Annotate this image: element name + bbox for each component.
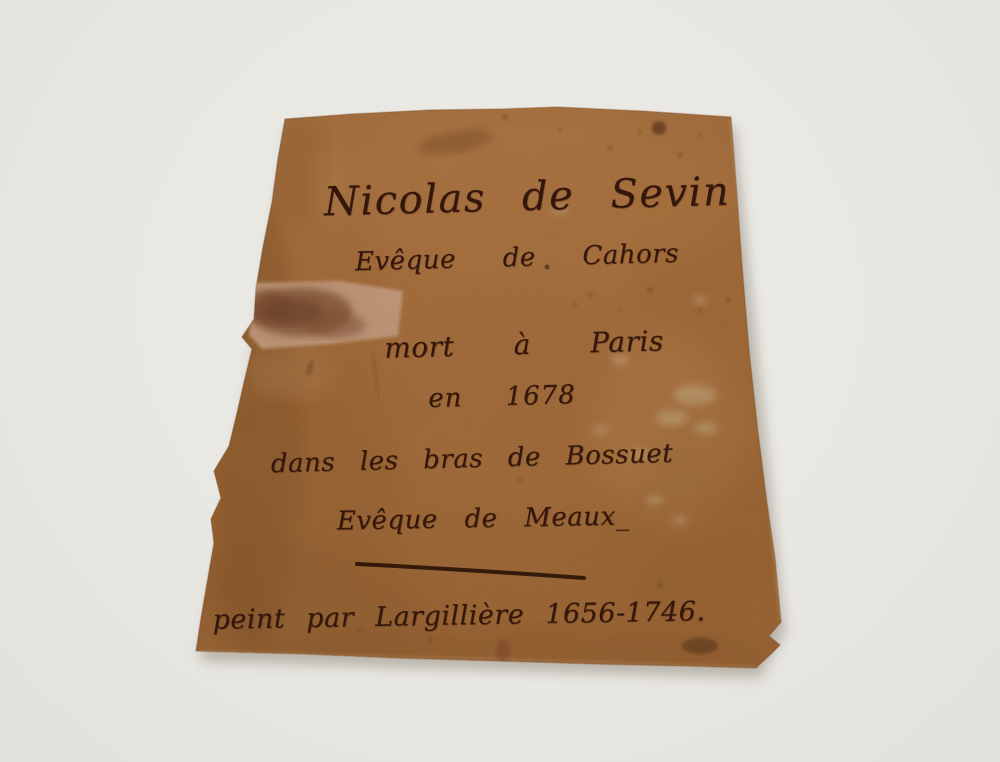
handwriting-line-death-year: en 1678 xyxy=(428,382,576,412)
photo-of-handwritten-leather-label: Nicolas de Sevin Evêque de Cahors mort à… xyxy=(0,0,1000,762)
leather-label-illustration xyxy=(0,0,1000,762)
handwriting-line-meaux: Evêque de Meaux_ xyxy=(337,503,630,534)
handwriting-line-death-place: mort à Paris xyxy=(384,327,664,362)
handwriting-line-name: Nicolas de Sevin xyxy=(323,172,730,223)
handwriting-line-painter: peint par Largillière 1656-1746. xyxy=(212,598,705,634)
